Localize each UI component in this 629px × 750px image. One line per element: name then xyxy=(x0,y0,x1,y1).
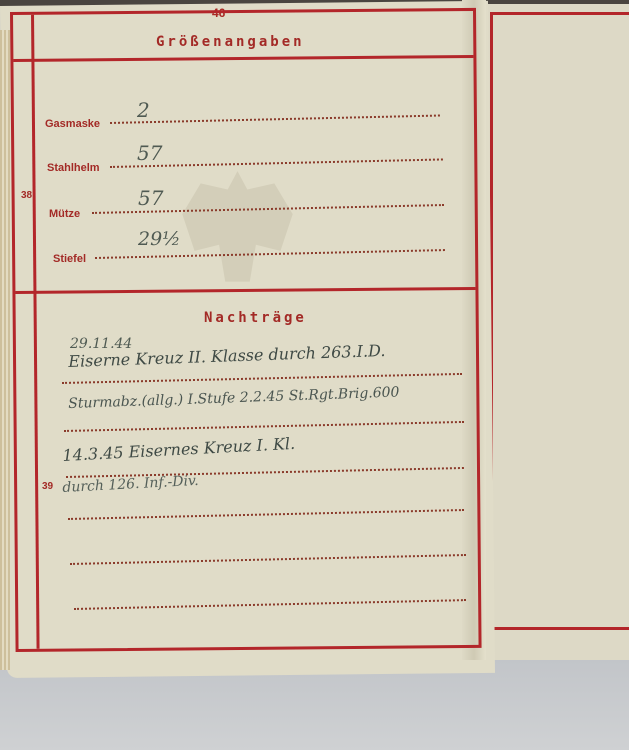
field-label-gasmaske: Gasmaske xyxy=(45,118,100,130)
field-value-stahlhelm: 57 xyxy=(137,141,162,165)
field-value-muetze: 57 xyxy=(138,186,163,210)
field-label-stahlhelm: Stahlhelm xyxy=(47,162,100,174)
row-number-39: 39 xyxy=(42,481,53,492)
page-stack-edges xyxy=(0,30,10,670)
additions-section-title: Nachträge xyxy=(204,310,307,326)
field-value-stiefel: 29½ xyxy=(138,228,181,250)
eagle-watermark-icon xyxy=(175,165,300,300)
sizes-section-title: Größenangaben xyxy=(156,34,305,50)
row-number-column-divider xyxy=(31,15,40,649)
field-label-muetze: Mütze xyxy=(49,208,80,220)
sizes-header-divider xyxy=(13,55,473,62)
field-value-gasmaske: 2 xyxy=(137,98,150,122)
field-label-stiefel: Stiefel xyxy=(53,253,86,265)
right-page-frame xyxy=(490,12,629,630)
row-number-38: 38 xyxy=(21,190,32,201)
